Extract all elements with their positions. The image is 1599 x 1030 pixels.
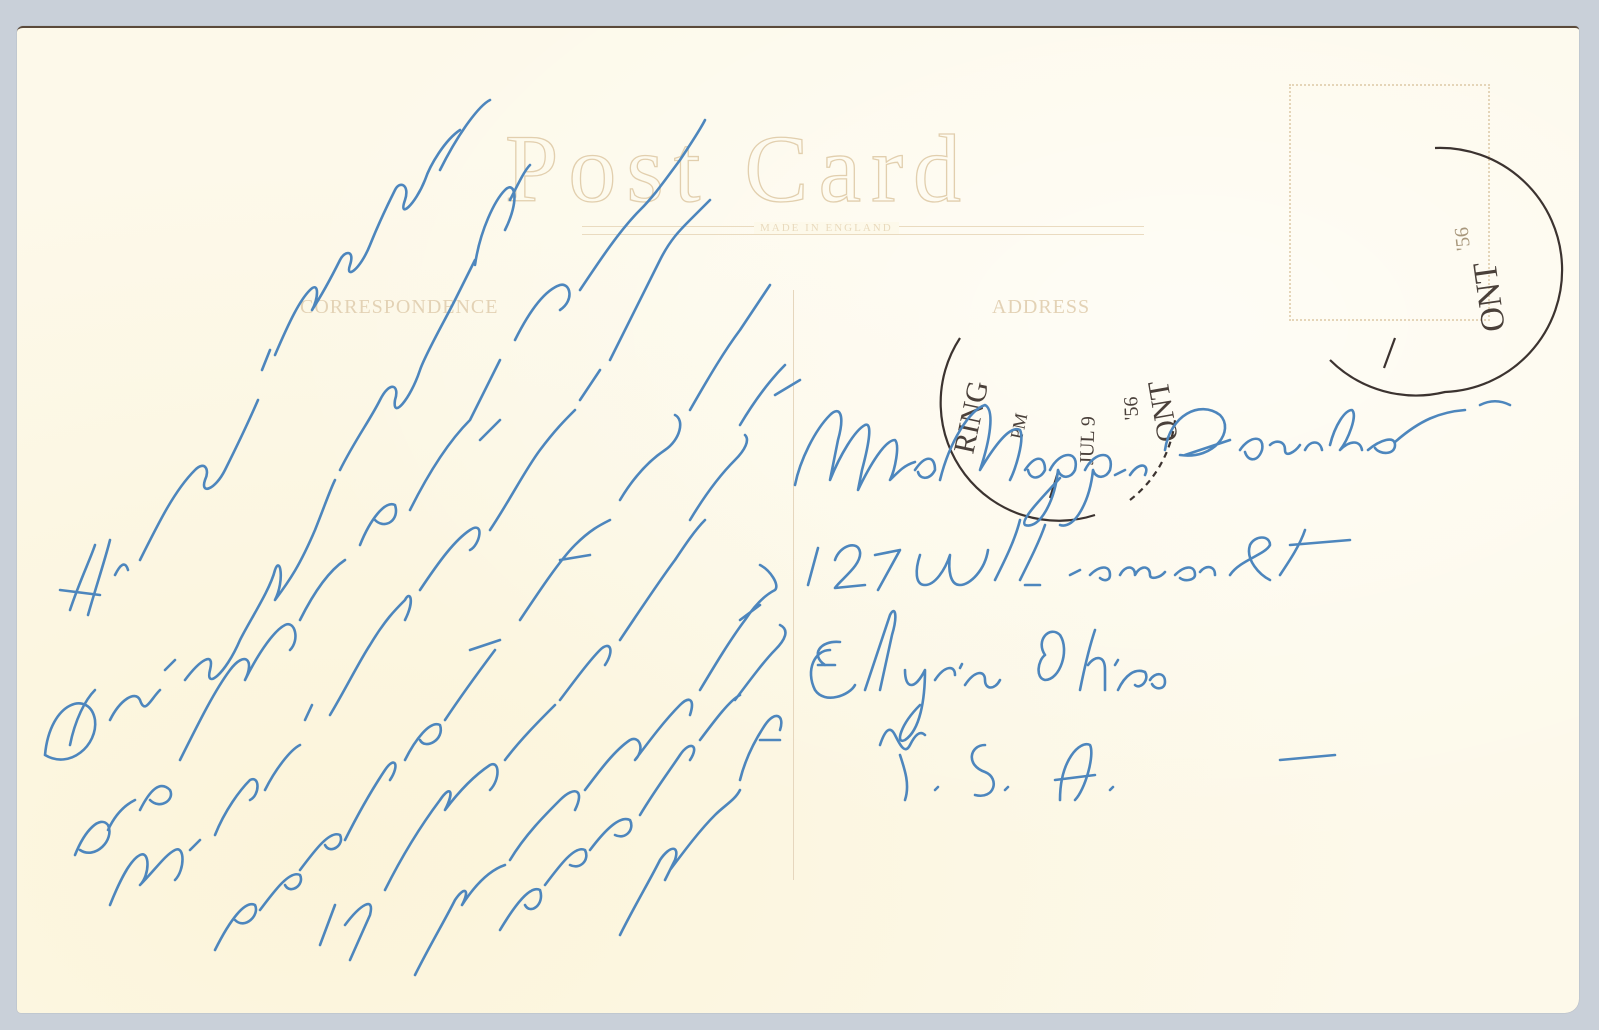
address-line-2: 127 Williams St: [800, 565, 928, 584]
handwriting-address: Mrs Maggie Rourke 127 Williams St Elyria…: [0, 0, 1599, 1030]
address-line-1: Mrs Maggie Rourke: [799, 465, 962, 484]
address-line-3: Elyria Ohio: [799, 675, 891, 694]
address-line-4: U. S. A -: [800, 775, 865, 794]
